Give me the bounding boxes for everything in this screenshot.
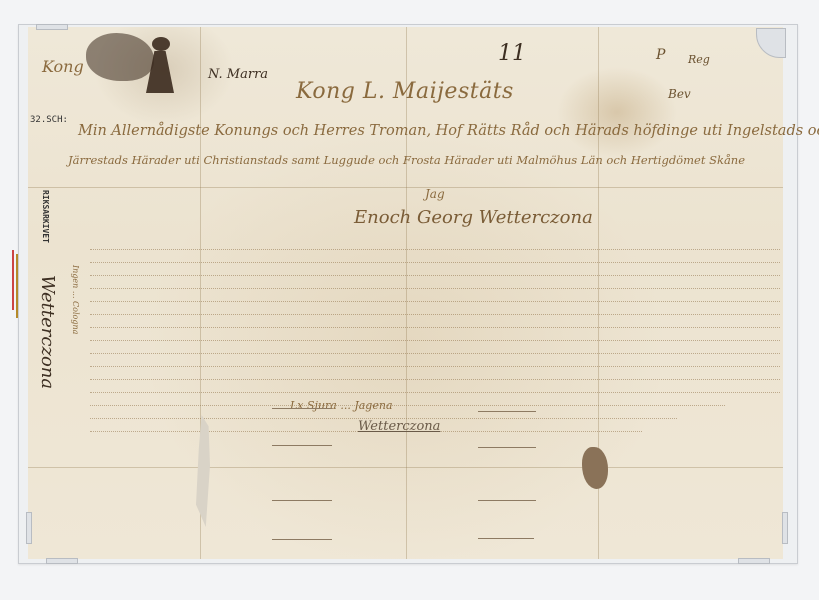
archive-stamp-vertical: RIKSARKIVET xyxy=(41,190,50,243)
frame-clip xyxy=(26,512,32,544)
recipient-note: N. Marra xyxy=(208,67,268,82)
document-heading: Kong L. Maijestäts xyxy=(296,79,514,104)
frame-clip xyxy=(46,558,78,564)
top-right-mark: P xyxy=(656,47,665,63)
signature-line xyxy=(478,447,536,448)
signature-line xyxy=(272,539,332,540)
top-left-mark: Kong xyxy=(42,57,84,76)
page-number: 11 xyxy=(498,41,526,66)
frame-clip xyxy=(36,24,68,30)
signature-line xyxy=(272,500,332,501)
recipient-name: Enoch Georg Wetterczona xyxy=(354,207,593,228)
signature-line xyxy=(272,445,332,446)
top-right-mark: Reg xyxy=(688,53,710,66)
ink-blot xyxy=(86,33,154,81)
fold-line xyxy=(28,187,783,188)
margin-note: Ingen ... Cologna xyxy=(71,265,80,334)
parchment-document: Kong 11 N. Marra P Reg Bev Kong L. Maije… xyxy=(28,27,783,559)
silhouette-head-icon xyxy=(152,37,170,51)
signature-line xyxy=(478,411,536,412)
seal-thread xyxy=(12,250,14,310)
closing-line: Lx Sjura ... Jagena xyxy=(290,399,393,412)
frame-clip xyxy=(782,512,788,544)
archive-stamp: 32.SCH: xyxy=(30,115,68,125)
salutation: Jag xyxy=(425,187,445,201)
address-line-2: Järrestads Härader uti Christianstads sa… xyxy=(68,153,745,167)
margin-signature: Wetterczona xyxy=(37,275,58,389)
signature-line xyxy=(272,408,332,409)
address-line-1: Min Allernådigste Konungs och Herres Tro… xyxy=(78,123,819,139)
seal-thread xyxy=(16,254,18,318)
hole-damage xyxy=(582,447,608,489)
signature: Wetterczona xyxy=(358,419,440,434)
frame-clip xyxy=(738,558,770,564)
body-text xyxy=(90,239,780,434)
fold-line xyxy=(28,467,783,468)
signature-line xyxy=(478,500,536,501)
signature-line xyxy=(478,538,534,539)
top-right-mark: Bev xyxy=(668,87,691,101)
